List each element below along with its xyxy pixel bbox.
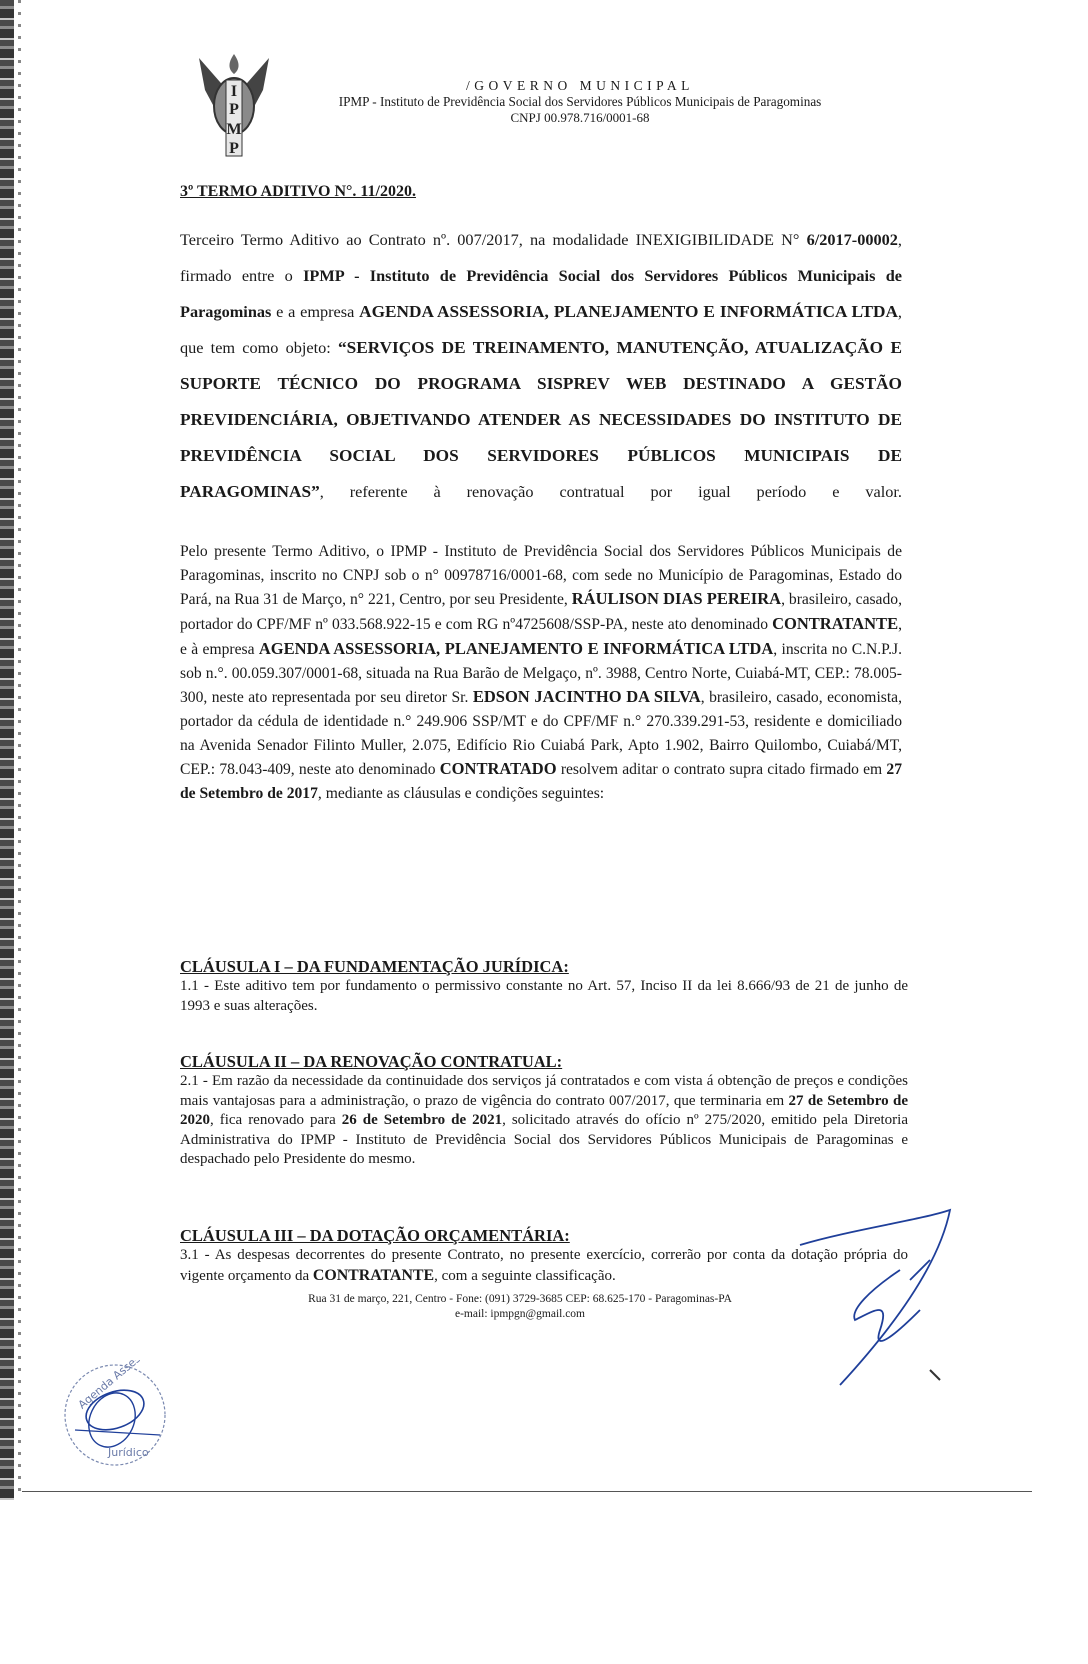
intro-paragraph: Terceiro Termo Aditivo ao Contrato nº. 0… bbox=[180, 222, 902, 510]
svg-text:P: P bbox=[229, 101, 239, 118]
contratante-label: CONTRATANTE bbox=[313, 1267, 434, 1284]
parties-text: resolvem aditar o contrato supra citado … bbox=[557, 761, 887, 778]
scan-edge-artifact bbox=[18, 0, 21, 1500]
clause-2: CLÁUSULA II – DA RENOVAÇÃO CONTRATUAL: 2… bbox=[180, 1051, 908, 1170]
clause-text: 2.1 - Em razão da necessidade da continu… bbox=[180, 1072, 908, 1170]
letterhead: /GOVERNO MUNICIPAL IPMP - Instituto de P… bbox=[280, 78, 880, 126]
contratado-label: CONTRATADO bbox=[440, 759, 557, 778]
president-name: RÁULISON DIAS PEREIRA bbox=[572, 589, 781, 608]
ipmp-logo-icon: I P M P bbox=[197, 50, 271, 158]
contracted-company: AGENDA ASSESSORIA, PLANEJAMENTO E INFORM… bbox=[259, 639, 773, 658]
parties-paragraph: Pelo presente Termo Aditivo, o IPMP - In… bbox=[180, 540, 902, 806]
renewal-date: 26 de Setembro de 2021 bbox=[342, 1112, 502, 1128]
contracted-company: AGENDA ASSESSORIA, PLANEJAMENTO E INFORM… bbox=[359, 302, 898, 321]
document-title: 3º TERMO ADITIVO N°. 11/2020. bbox=[180, 183, 416, 201]
institute-name: IPMP - Instituto de Previdência Social d… bbox=[280, 94, 880, 110]
svg-text:I: I bbox=[231, 83, 237, 100]
intro-text: e a empresa bbox=[271, 302, 359, 321]
contract-object: “SERVIÇOS DE TREINAMENTO, MANUTENÇÃO, AT… bbox=[180, 338, 902, 501]
page-bottom-rule bbox=[22, 1491, 1032, 1492]
clause-text: 1.1 - Este aditivo tem por fundamento o … bbox=[180, 977, 908, 1016]
company-stamp-icon: Agenda Assessoria Jurídico bbox=[60, 1360, 170, 1470]
clause-title: CLÁUSULA I – DA FUNDAMENTAÇÃO JURÍDICA: bbox=[180, 956, 908, 977]
stamp-text: Agenda Assessoria bbox=[76, 1360, 164, 1412]
footer-address: Rua 31 de março, 221, Centro - Fone: (09… bbox=[240, 1292, 800, 1307]
intro-text: Terceiro Termo Aditivo ao Contrato nº. 0… bbox=[180, 230, 807, 249]
page-footer: Rua 31 de março, 221, Centro - Fone: (09… bbox=[240, 1292, 800, 1322]
signature-icon bbox=[780, 1200, 960, 1400]
clause-text-part: , fica renovado para bbox=[210, 1112, 342, 1128]
clause-1: CLÁUSULA I – DA FUNDAMENTAÇÃO JURÍDICA: … bbox=[180, 956, 908, 1016]
contratante-label: CONTRATANTE bbox=[772, 614, 898, 633]
director-name: EDSON JACINTHO DA SILVA bbox=[473, 687, 701, 706]
stamp-text: Jurídico bbox=[107, 1446, 149, 1459]
government-heading: /GOVERNO MUNICIPAL bbox=[280, 78, 880, 94]
scan-edge bbox=[0, 0, 14, 1500]
institute-cnpj: CNPJ 00.978.716/0001-68 bbox=[280, 110, 880, 126]
clause-title: CLÁUSULA II – DA RENOVAÇÃO CONTRATUAL: bbox=[180, 1051, 908, 1072]
intro-text: , referente à renovação contratual por i… bbox=[320, 482, 902, 501]
inexigibilidade-number: 6/2017-00002 bbox=[807, 230, 898, 249]
svg-text:M: M bbox=[226, 121, 241, 138]
clause-text-part: , com a seguinte classificação. bbox=[434, 1268, 616, 1284]
svg-text:P: P bbox=[229, 140, 239, 157]
footer-email: e-mail: ipmpgn@gmail.com bbox=[240, 1307, 800, 1322]
parties-text: , mediante as cláusulas e condições segu… bbox=[318, 785, 604, 802]
